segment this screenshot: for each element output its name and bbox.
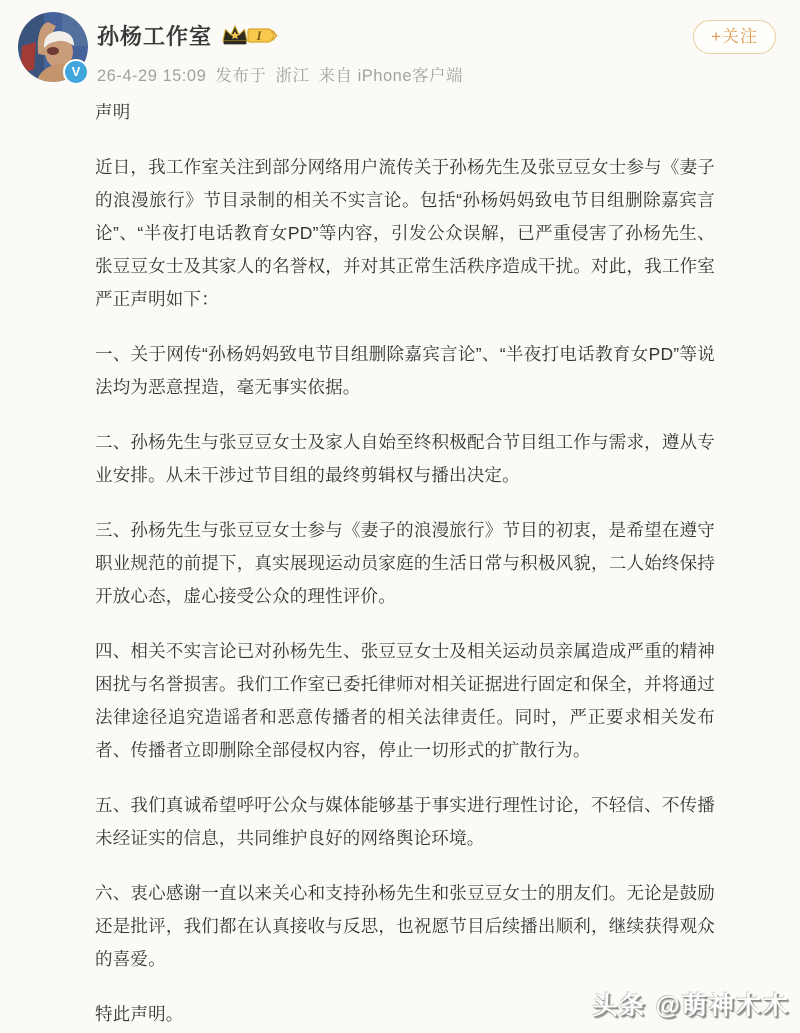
follow-button[interactable]: +关注 [693, 20, 776, 54]
statement-paragraph: 二、孙杨先生与张豆豆女士及家人自始至终积极配合节目组工作与需求，遵从专业安排。从… [95, 426, 715, 492]
statement-paragraph: 近日，我工作室关注到部分网络用户流传关于孙杨先生及张豆豆女士参与《妻子的浪漫旅行… [95, 151, 715, 316]
statement-paragraph: 六、衷心感谢一直以来关心和支持孙杨先生和张豆豆女士的朋友们。无论是鼓励还是批评，… [95, 877, 715, 976]
published-prefix: 发布于 [215, 67, 266, 85]
statement-paragraph: 三、孙杨先生与张豆豆女士参与《妻子的浪漫旅行》节目的初衷，是希望在遵守职业规范的… [95, 514, 715, 613]
post-header: V 孙杨工作室 I 26-4-29 15:09 发布于 [0, 0, 800, 86]
post-meta: 26-4-29 15:09 发布于 浙江 来自 iPhone客户端 [97, 62, 693, 86]
post-source: 来自 iPhone客户端 [319, 67, 463, 85]
post-location: 浙江 [275, 67, 309, 85]
avatar[interactable]: V [18, 12, 88, 82]
post-time: 26-4-29 15:09 [97, 67, 206, 85]
statement-paragraph: 四、相关不实言论已对孙杨先生、张豆豆女士及相关运动员亲属造成严重的精神困扰与名誉… [95, 635, 715, 767]
header-main: 孙杨工作室 I 26-4-29 15:09 发布于 浙江 来自 iPhon [97, 12, 693, 86]
vip-crown-badge-icon[interactable]: I [220, 23, 278, 48]
user-name[interactable]: 孙杨工作室 [97, 20, 212, 51]
statement-paragraph: 一、关于网传“孙杨妈妈致电节目组删除嘉宾言论”、“半夜打电话教育女PD”等说法均… [95, 338, 715, 404]
statement-paragraph: 五、我们真诚希望呼吁公众与媒体能够基于事实进行理性讨论，不轻信、不传播未经证实的… [95, 789, 715, 855]
statement-body: 声明 近日，我工作室关注到部分网络用户流传关于孙杨先生及张豆豆女士参与《妻子的浪… [95, 96, 715, 1031]
statement-title: 声明 [95, 96, 715, 129]
verified-icon: V [63, 59, 89, 85]
weibo-post: V 孙杨工作室 I 26-4-29 15:09 发布于 [0, 0, 800, 1033]
toutiao-watermark: 头条 @萌神木木 [593, 986, 790, 1022]
